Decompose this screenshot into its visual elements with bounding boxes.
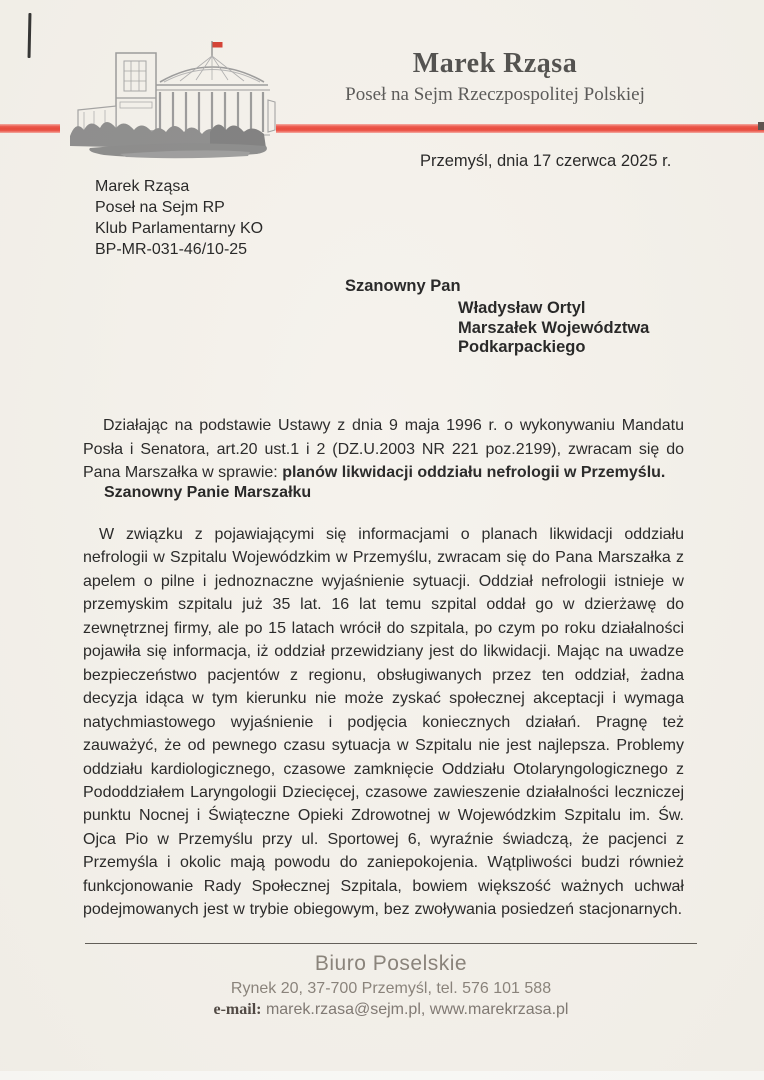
recipient-name: Władysław Ortyl — [458, 299, 698, 319]
sejm-building-illustration — [60, 40, 276, 162]
letterhead-subtitle: Poseł na Sejm Rzeczpospolitej Polskiej — [300, 84, 690, 106]
dateline: Przemyśl, dnia 17 czerwca 2025 r. — [420, 152, 700, 171]
recipient-title-line1: Marszałek Województwa — [458, 319, 698, 339]
sejm-building-icon — [60, 40, 276, 162]
email-and-website: marek.rzasa@sejm.pl, www.marekrzasa.pl — [266, 1001, 569, 1018]
scan-artifact-mark — [28, 13, 32, 58]
footer-office-title: Biuro Poselskie — [85, 952, 697, 976]
sender-name: Marek Rząsa — [95, 176, 375, 197]
recipient-title-line2: Podkarpackiego — [458, 338, 698, 358]
page-bottom-edge — [0, 1071, 764, 1080]
intro-paragraph: Działając na podstawie Ustawy z dnia 9 m… — [83, 414, 684, 485]
footer-block: Biuro Poselskie Rynek 20, 37-700 Przemyś… — [85, 952, 697, 1019]
intro-subject-bold: planów likwidacji oddziału nefrologii w … — [282, 464, 665, 481]
footer-contact-line: e-mail: marek.rzasa@sejm.pl, www.marekrz… — [85, 1001, 697, 1019]
scan-edge-mark — [758, 122, 764, 130]
body-salutation: Szanowny Panie Marszałku — [104, 484, 311, 502]
sender-reference-number: BP-MR-031-46/10-25 — [95, 239, 375, 260]
recipient-block: Władysław Ortyl Marszałek Województwa Po… — [458, 299, 698, 358]
recipient-salutation: Szanowny Pan — [345, 277, 461, 296]
email-label: e-mail: — [214, 1001, 262, 1018]
letterhead-name: Marek Rząsa — [300, 48, 690, 80]
scanned-letter-page: Marek Rząsa Poseł na Sejm Rzeczpospolite… — [0, 0, 764, 1080]
footer-divider — [85, 943, 697, 944]
sender-club: Klub Parlamentarny KO — [95, 218, 375, 239]
footer-address: Rynek 20, 37-700 Przemyśl, tel. 576 101 … — [85, 980, 697, 998]
sender-block: Marek Rząsa Poseł na Sejm RP Klub Parlam… — [95, 176, 375, 260]
body-paragraph: W związku z pojawiającymi się informacja… — [83, 523, 684, 922]
sender-role: Poseł na Sejm RP — [95, 197, 375, 218]
